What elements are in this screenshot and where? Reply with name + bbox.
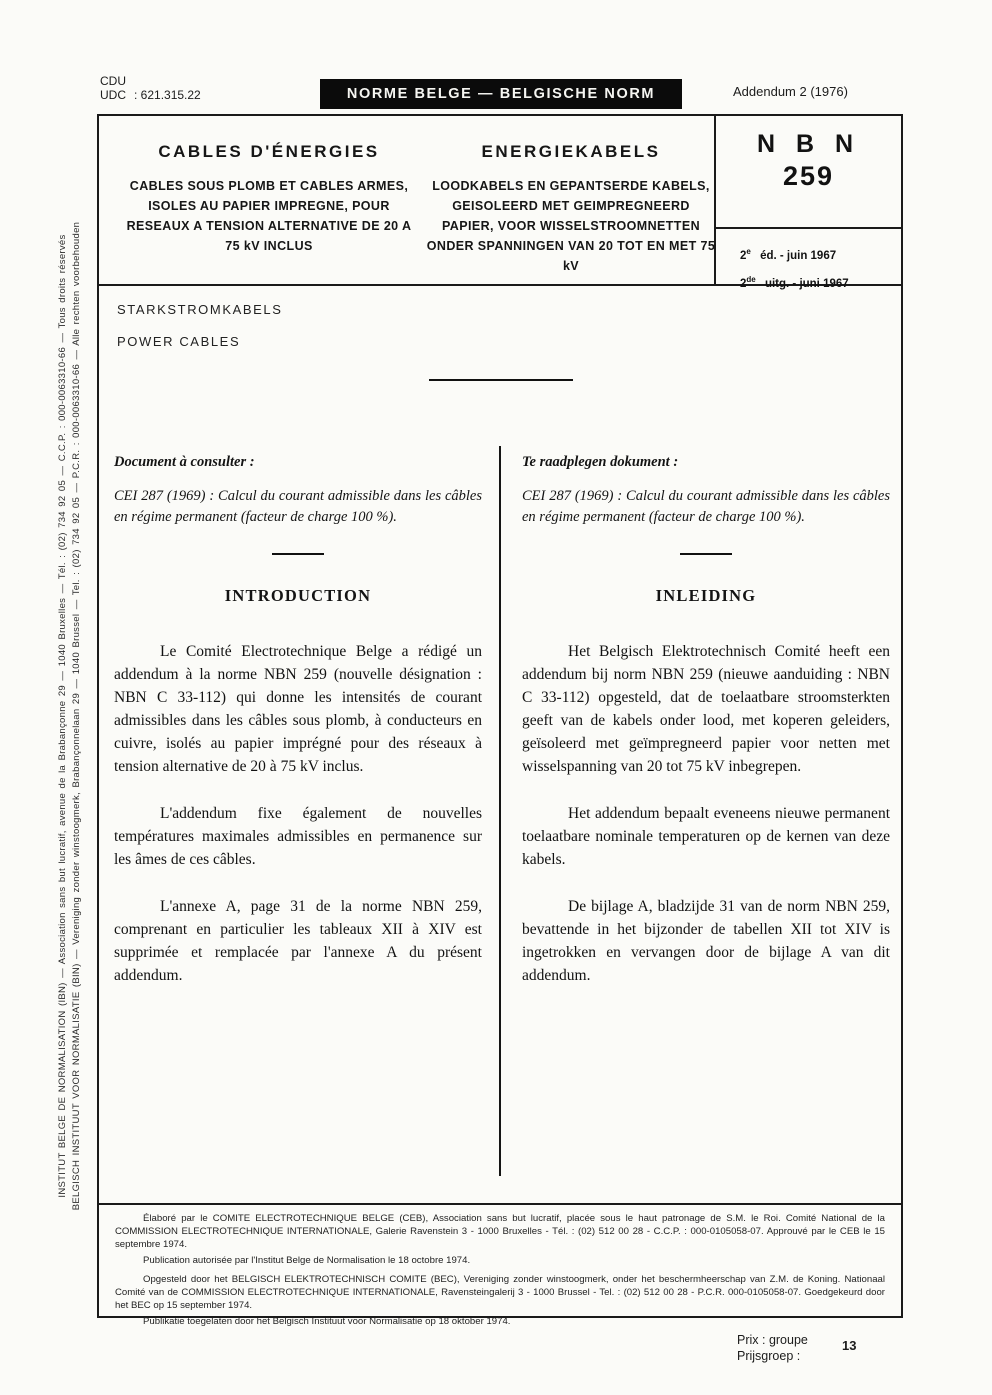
title-band: CABLES D'ÉNERGIES CABLES SOUS PLOMB ET C… <box>99 116 901 286</box>
heading-introduction: INTRODUCTION <box>114 586 482 606</box>
edition-nl-sup: de <box>746 275 755 284</box>
section-divider-rule <box>429 379 573 381</box>
subject-labels: STARKSTROMKABELS POWER CABLES <box>117 302 283 366</box>
classification-codes: CDU UDC : 621.315.22 <box>100 74 201 102</box>
price-group-value: 13 <box>842 1338 856 1353</box>
title-dutch: ENERGIEKABELS <box>425 142 717 162</box>
column-rule-nl <box>680 553 732 555</box>
paragraph-nl-1: Het Belgisch Elektrotechnisch Comité hee… <box>522 640 890 778</box>
nbn-code: N B N <box>716 130 901 159</box>
subject-german: STARKSTROMKABELS <box>117 302 283 317</box>
paragraph-nl-2: Het addendum bepaalt eveneens nieuwe per… <box>522 802 890 871</box>
edition-french: 2e éd. - juin 1967 <box>740 240 901 268</box>
title-block-french: CABLES D'ÉNERGIES CABLES SOUS PLOMB ET C… <box>119 142 419 256</box>
price-label-fr: Prix : groupe <box>737 1332 808 1348</box>
reference-label-nl: Te raadplegen dokument : <box>522 454 890 471</box>
institute-line-fr: INSTITUT BELGE DE NORMALISATION (IBN) — … <box>56 136 70 1296</box>
institute-line-nl: BELGISCH INSTITUUT VOOR NORMALISATIE (BI… <box>70 136 84 1296</box>
column-dutch: Te raadplegen dokument : CEI 287 (1969) … <box>522 454 890 1011</box>
edition-cell: 2e éd. - juin 1967 2de uitg. - juni 1967 <box>716 229 901 296</box>
edition-fr-sup: e <box>746 247 750 256</box>
edition-fr-text: éd. - juin 1967 <box>760 250 836 262</box>
column-rule-fr <box>272 553 324 555</box>
reference-label-fr: Document à consulter : <box>114 454 482 471</box>
norm-banner: NORME BELGE — BELGISCHE NORM <box>320 79 682 109</box>
imprint-fr-publication: Publication autorisée par l'Institut Bel… <box>115 1254 885 1267</box>
subtitle-dutch: LOODKABELS EN GEPANTSERDE KABELS, GEISOL… <box>425 176 717 276</box>
price-group-labels: Prix : groupe Prijsgroep : <box>737 1332 808 1364</box>
subject-english: POWER CABLES <box>117 334 283 349</box>
cdu-label: CDU <box>100 74 126 88</box>
paragraph-fr-1: Le Comité Electrotechnique Belge a rédig… <box>114 640 482 778</box>
edition-nl-text: uitg. - juni 1967 <box>765 278 849 290</box>
imprint-nl-publication: Publikatie toegelaten door het Belgisch … <box>115 1315 885 1328</box>
column-french: Document à consulter : CEI 287 (1969) : … <box>114 454 482 1011</box>
column-separator <box>499 446 501 1176</box>
paragraph-fr-2: L'addendum fixe également de nouvelles t… <box>114 802 482 871</box>
udc-code: : 621.315.22 <box>134 88 201 102</box>
imprint-nl-main: Opgesteld door het BELGISCH ELEKTROTECHN… <box>115 1273 885 1312</box>
reference-text-nl: CEI 287 (1969) : Calcul du courant admis… <box>522 486 890 528</box>
reference-text-fr: CEI 287 (1969) : Calcul du courant admis… <box>114 486 482 528</box>
imprint-footer: Élaboré par le COMITE ELECTROTECHNIQUE B… <box>99 1203 901 1316</box>
paragraph-fr-3: L'annexe A, page 31 de la norme NBN 259,… <box>114 895 482 987</box>
title-french: CABLES D'ÉNERGIES <box>119 142 419 162</box>
imprint-fr-main: Élaboré par le COMITE ELECTROTECHNIQUE B… <box>115 1212 885 1251</box>
addendum-label: Addendum 2 (1976) <box>733 84 848 99</box>
document-frame: CABLES D'ÉNERGIES CABLES SOUS PLOMB ET C… <box>97 114 903 1318</box>
subtitle-french: CABLES SOUS PLOMB ET CABLES ARMES, ISOLE… <box>119 176 419 256</box>
paragraph-nl-3: De bijlage A, bladzijde 31 van de norm N… <box>522 895 890 987</box>
edition-dutch: 2de uitg. - juni 1967 <box>740 268 901 296</box>
nbn-reference-cell: N B N 259 2e éd. - juin 1967 2de uitg. -… <box>714 116 901 284</box>
udc-label: UDC <box>100 88 126 102</box>
nbn-number: 259 <box>716 161 901 192</box>
institute-copyright-strip: INSTITUT BELGE DE NORMALISATION (IBN) — … <box>56 136 88 1296</box>
nbn-code-cell: N B N 259 <box>716 130 901 229</box>
heading-inleiding: INLEIDING <box>522 586 890 606</box>
scanned-standard-page: INSTITUT BELGE DE NORMALISATION (IBN) — … <box>0 0 992 1395</box>
title-block-dutch: ENERGIEKABELS LOODKABELS EN GEPANTSERDE … <box>425 142 717 276</box>
price-label-nl: Prijsgroep : <box>737 1348 808 1364</box>
